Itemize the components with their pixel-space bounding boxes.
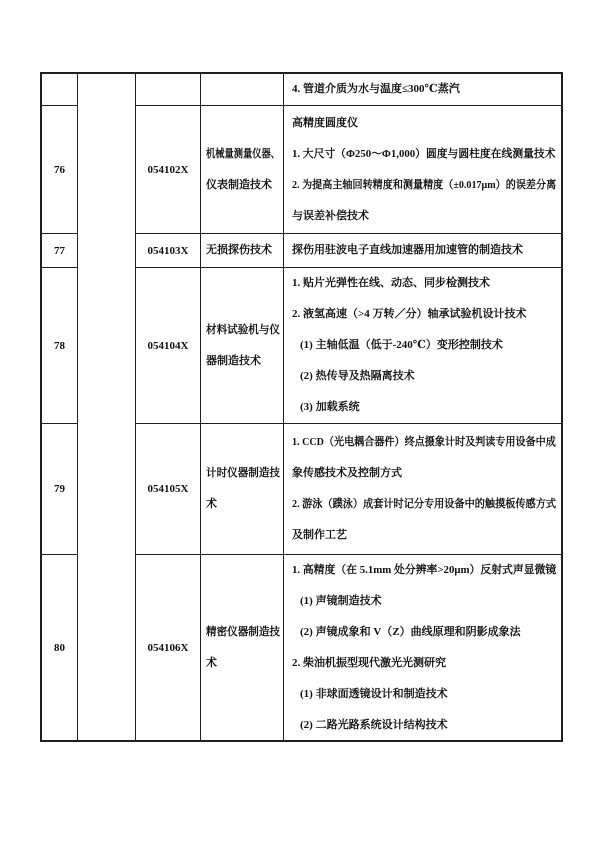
code-cell: 054103X [136, 234, 201, 268]
row-number-cell: 79 [42, 424, 78, 555]
cell-text: (2) 二路光路系统设计结构技术 [300, 710, 448, 741]
text-line: (2) 二路光路系统设计结构技术 [292, 710, 556, 741]
cell-text: 80 [54, 642, 65, 654]
text-line: 术 [206, 648, 280, 679]
name-cell: 无损探伤技术 [201, 234, 284, 268]
text-line: 术 [206, 489, 280, 520]
text-line: 1. 大尺寸（Φ250～Φ1,000）圆度与圆柱度在线测量技术 [292, 139, 556, 170]
category-cell [78, 74, 136, 740]
cell-text: 材料试验机与仪 [206, 315, 280, 346]
cell-text: 高精度圆度仪 [292, 108, 358, 139]
cell-text: 2. 液氢高速（>4 万转／分）轴承试验机设计技术 [292, 299, 527, 330]
text-line: 机械量测量仪器、 [206, 139, 280, 170]
code-cell [136, 74, 201, 106]
technology-items-table: 4. 管道介质为水与温度≤300℃蒸汽76054102X机械量测量仪器、仪表制造… [40, 72, 563, 742]
text-line: 材料试验机与仪 [206, 315, 280, 346]
text-line: 4. 管道介质为水与温度≤300℃蒸汽 [292, 74, 556, 105]
cell-text: 探伤用驻波电子直线加速器用加速管的制造技术 [292, 235, 523, 266]
text-line: 精密仪器制造技 [206, 617, 280, 648]
code-cell: 054105X [136, 424, 201, 555]
text-line: 器制造技术 [206, 346, 280, 377]
cell-text: 计时仪器制造技 [206, 458, 280, 489]
cell-text: 054106X [148, 642, 189, 654]
row-number-cell: 76 [42, 106, 78, 234]
code-cell: 054104X [136, 268, 201, 424]
cell-text: 1. 高精度（在 5.1mm 处分辨率>20μm）反射式声显微镜 [292, 555, 556, 586]
cell-text: (3) 加载系统 [300, 392, 360, 423]
cell-text: 术 [206, 489, 217, 520]
code-cell: 054102X [136, 106, 201, 234]
cell-text: 仪表制造技术 [206, 170, 272, 201]
cell-text: 054102X [148, 164, 189, 176]
description-cell: 高精度圆度仪1. 大尺寸（Φ250～Φ1,000）圆度与圆柱度在线测量技术2. … [284, 106, 561, 234]
document-page: 4. 管道介质为水与温度≤300℃蒸汽76054102X机械量测量仪器、仪表制造… [0, 0, 600, 848]
cell-text: (1) 非球面透镜设计和制造技术 [300, 679, 448, 710]
text-line: 2. 游泳（蹼泳）成套计时记分专用设备中的触摸板传感方式 [292, 489, 556, 520]
text-line: 与误差补偿技术 [292, 201, 556, 232]
name-cell: 计时仪器制造技术 [201, 424, 284, 555]
cell-text: (1) 主轴低温（低于-240℃）变形控制技术 [300, 330, 503, 361]
row-number-cell: 78 [42, 268, 78, 424]
row-number-cell: 77 [42, 234, 78, 268]
cell-text: 054105X [148, 483, 189, 495]
text-line: 探伤用驻波电子直线加速器用加速管的制造技术 [292, 235, 556, 266]
text-line: 无损探伤技术 [206, 235, 280, 266]
name-cell: 材料试验机与仪器制造技术 [201, 268, 284, 424]
cell-text: 术 [206, 648, 217, 679]
row-number-cell [42, 74, 78, 106]
cell-text: 4. 管道介质为水与温度≤300℃蒸汽 [292, 74, 460, 105]
description-cell: 1. CCD（光电耦合器件）终点摄象计时及判读专用设备中成象传感技术及控制方式2… [284, 424, 561, 555]
cell-text: 2. 为提高主轴回转精度和测量精度（±0.017μm）的误差分离 [292, 170, 556, 201]
text-line: 2. 柴油机振型现代激光光测研究 [292, 648, 556, 679]
text-line: (1) 非球面透镜设计和制造技术 [292, 679, 556, 710]
cell-text: 054103X [148, 245, 189, 257]
text-line: 仪表制造技术 [206, 170, 280, 201]
description-cell: 探伤用驻波电子直线加速器用加速管的制造技术 [284, 234, 561, 268]
text-line: 1. 贴片光弹性在线、动态、同步检测技术 [292, 268, 556, 299]
description-cell: 1. 贴片光弹性在线、动态、同步检测技术2. 液氢高速（>4 万转／分）轴承试验… [284, 268, 561, 424]
text-line: 计时仪器制造技 [206, 458, 280, 489]
cell-text: 无损探伤技术 [206, 235, 272, 266]
description-cell: 1. 高精度（在 5.1mm 处分辨率>20μm）反射式声显微镜(1) 声镜制造… [284, 555, 561, 740]
text-line: (2) 热传导及热隔离技术 [292, 361, 556, 392]
name-cell [201, 74, 284, 106]
text-line: (1) 主轴低温（低于-240℃）变形控制技术 [292, 330, 556, 361]
cell-text: 1. CCD（光电耦合器件）终点摄象计时及判读专用设备中成 [292, 427, 556, 458]
cell-text: (2) 声镜成象和 V（Z）曲线原理和阴影成象法 [300, 617, 521, 648]
cell-text: (2) 热传导及热隔离技术 [300, 361, 415, 392]
text-line: 2. 为提高主轴回转精度和测量精度（±0.017μm）的误差分离 [292, 170, 556, 201]
name-cell: 精密仪器制造技术 [201, 555, 284, 740]
cell-text: 机械量测量仪器、 [206, 139, 280, 170]
text-line: 及制作工艺 [292, 520, 556, 551]
cell-text: 及制作工艺 [292, 520, 347, 551]
cell-text: 76 [54, 164, 65, 176]
cell-text: 1. 大尺寸（Φ250～Φ1,000）圆度与圆柱度在线测量技术 [292, 139, 556, 170]
text-line: 2. 液氢高速（>4 万转／分）轴承试验机设计技术 [292, 299, 556, 330]
text-line: (3) 加载系统 [292, 392, 556, 423]
cell-text: 精密仪器制造技 [206, 617, 280, 648]
text-line: (2) 声镜成象和 V（Z）曲线原理和阴影成象法 [292, 617, 556, 648]
text-line: 象传感技术及控制方式 [292, 458, 556, 489]
cell-text: 2. 柴油机振型现代激光光测研究 [292, 648, 446, 679]
cell-text: 79 [54, 483, 65, 495]
cell-text: 器制造技术 [206, 346, 261, 377]
cell-text: 78 [54, 340, 65, 352]
code-cell: 054106X [136, 555, 201, 740]
cell-text: 与误差补偿技术 [292, 201, 369, 232]
text-line: (1) 声镜制造技术 [292, 586, 556, 617]
cell-text: 2. 游泳（蹼泳）成套计时记分专用设备中的触摸板传感方式 [292, 489, 556, 520]
description-cell: 4. 管道介质为水与温度≤300℃蒸汽 [284, 74, 561, 106]
row-number-cell: 80 [42, 555, 78, 740]
cell-text: 054104X [148, 340, 189, 352]
cell-text: 1. 贴片光弹性在线、动态、同步检测技术 [292, 268, 490, 299]
text-line: 高精度圆度仪 [292, 108, 556, 139]
cell-text: 象传感技术及控制方式 [292, 458, 402, 489]
text-line: 1. CCD（光电耦合器件）终点摄象计时及判读专用设备中成 [292, 427, 556, 458]
cell-text: 77 [54, 245, 65, 257]
cell-text: (1) 声镜制造技术 [300, 586, 382, 617]
name-cell: 机械量测量仪器、仪表制造技术 [201, 106, 284, 234]
text-line: 1. 高精度（在 5.1mm 处分辨率>20μm）反射式声显微镜 [292, 555, 556, 586]
